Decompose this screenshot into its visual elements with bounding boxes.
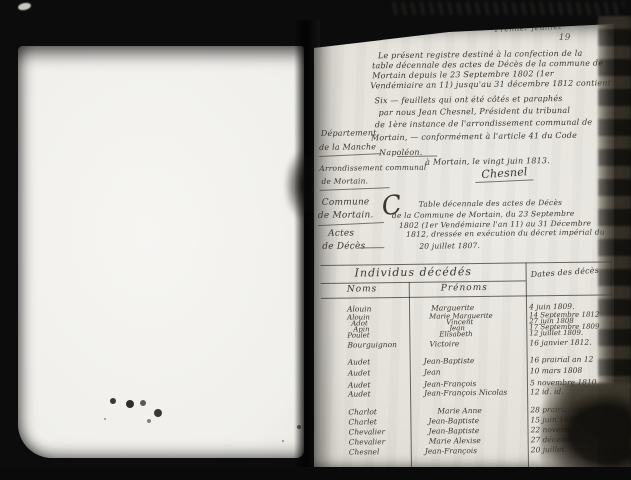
deceased-surname: Chevalier	[349, 437, 386, 446]
deceased-firstname: Marie Alexise	[429, 436, 481, 446]
column-header-dates: Dates des décès	[530, 267, 599, 279]
deceased-surname: Audet	[348, 357, 371, 366]
deceased-firstname: Victoire	[429, 339, 459, 348]
attestation-place-date: à Mortain, le vingt juin 1813.	[425, 157, 550, 167]
title-line: de la Commune de Mortain, du 23 Septembr…	[392, 210, 575, 220]
preamble-line: table décennale des actes de Décès de la…	[372, 59, 603, 70]
table-group-header: Individus décédés	[355, 266, 473, 278]
table-header-bottom	[321, 294, 613, 299]
deceased-firstname: Marie Anne	[437, 406, 482, 416]
margin-note-commune-2: de Mortain.	[318, 211, 374, 221]
deceased-firstname: Jean-Baptiste	[428, 426, 479, 436]
table-header-divider	[321, 280, 526, 284]
preamble-line: Mortain, — conformément à l'article 41 d…	[371, 132, 577, 143]
scanner-bottom-band	[0, 467, 631, 480]
margin-note-actes: Actes	[328, 230, 354, 239]
scan-artifact-speck	[17, 2, 31, 12]
deceased-surname: Charlet	[348, 417, 377, 426]
margin-note-commune: Commune	[322, 198, 370, 208]
margin-note-arrondissement: Arrondissement communal	[319, 164, 426, 173]
title-line: Table décennale des actes de Décès	[419, 199, 562, 208]
preamble-line: Vendémiaire an 11) jusqu'au 31 décembre …	[370, 79, 611, 90]
deceased-firstname: Jean-François Nicolas	[424, 388, 507, 398]
deceased-firstname: Elisabeth	[439, 330, 472, 338]
margin-note-departement: Département	[321, 129, 377, 138]
deceased-surname: Charlot	[348, 407, 377, 416]
deceased-surname: Audet	[348, 368, 371, 377]
margin-underline	[320, 187, 390, 191]
margin-dash	[358, 247, 384, 248]
deceased-surname: Alouin	[347, 304, 371, 313]
left-blank-page	[18, 46, 304, 458]
deceased-surname: Chevalier	[348, 427, 385, 436]
death-date: 16 prairial an 12	[530, 355, 594, 365]
signature: Chesnel	[481, 166, 528, 180]
deceased-surname: Chesnel	[349, 447, 380, 456]
deceased-surname: Audet	[348, 380, 371, 389]
table-row: Bourguignon Victoire 16 janvier 1812.	[321, 337, 613, 351]
deceased-firstname: Jean-Baptiste	[424, 356, 475, 366]
margin-underline	[319, 153, 381, 157]
deceased-surname: Poulet	[347, 331, 369, 339]
margin-underline	[318, 222, 384, 226]
preamble-line: par nous Jean Chesnel, Président du trib…	[379, 107, 571, 117]
folio-number: 19	[559, 34, 571, 43]
deceased-surname: Bourguignon	[347, 340, 397, 350]
preamble-line: de 1ère instance de l'arrondissement com…	[375, 119, 593, 130]
deceased-firstname: Jean-François	[425, 446, 477, 456]
death-date: 10 mars 1808	[530, 366, 583, 376]
column-header-prenoms: Prénoms	[441, 284, 488, 294]
deceased-firstname: Jean-Baptiste	[428, 416, 479, 426]
death-date: 12 juillet 1809.	[529, 329, 583, 338]
title-line: 20 juillet 1807.	[419, 242, 480, 250]
bleed-through-writing	[388, 2, 624, 15]
document-scan: Premier feuillet 19 Le présent registre …	[0, 0, 631, 480]
deceased-firstname: Jean	[424, 367, 441, 376]
preamble-line: Six — feuillets qui ont été côtés et par…	[374, 95, 562, 105]
margin-note-arrondissement-2: de Mortain.	[321, 177, 368, 185]
deceased-surname: Audet	[348, 389, 371, 398]
torn-page-corner	[540, 383, 631, 471]
title-line: 1812, dressée en exécution du décret imp…	[406, 228, 605, 238]
ink-spots	[110, 398, 116, 404]
death-date: 16 janvier 1812.	[529, 338, 591, 348]
margin-note-departement-2: de la Manche	[319, 143, 376, 152]
folio-label: Premier feuillet	[494, 23, 561, 34]
column-header-noms: Noms	[347, 285, 378, 294]
